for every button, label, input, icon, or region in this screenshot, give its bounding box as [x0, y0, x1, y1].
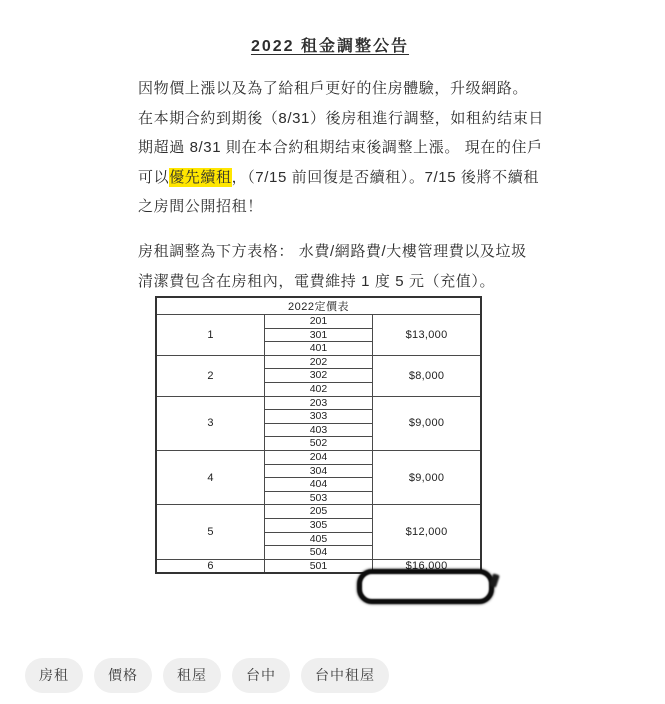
room-number-cell: 503 [264, 491, 372, 505]
group-number-cell: 4 [156, 450, 264, 504]
room-number-cell: 204 [264, 450, 372, 464]
tag-pill[interactable]: 價格 [94, 658, 152, 693]
group-number-cell: 5 [156, 505, 264, 559]
room-number-cell: 502 [264, 437, 372, 451]
price-cell: $9,000 [373, 396, 481, 450]
room-number-cell: 202 [264, 355, 372, 369]
price-cell: $13,000 [373, 315, 481, 356]
room-number-cell: 305 [264, 518, 372, 532]
text-line: 期超過 8/31 則在本合約租期结束後調整上漲。 現在的住戶 [138, 133, 544, 163]
room-number-cell: 401 [264, 342, 372, 356]
room-number-cell: 501 [264, 559, 372, 573]
text-line: 在本期合約到期後（8/31）後房租進行調整，如租約结束日 [138, 104, 544, 134]
text-line: 清潔費包含在房租內，電費維持 1 度 5 元（充值）。 [138, 267, 527, 297]
price-cell: $8,000 [373, 355, 481, 396]
text-line: 之房間公開招租！ [138, 192, 544, 222]
price-cell: $9,000 [373, 450, 481, 504]
table-caption: 2022定價表 [156, 297, 481, 315]
group-number-cell: 1 [156, 315, 264, 356]
document-title: 2022 租金調整公告 [130, 33, 530, 56]
room-number-cell: 504 [264, 546, 372, 560]
room-number-cell: 302 [264, 369, 372, 383]
tag-pill[interactable]: 台中租屋 [301, 658, 389, 693]
price-cell: $12,000 [373, 505, 481, 559]
text-segment: ，（7/15 前回復是否續租）。7/15 後將不續租 [232, 169, 539, 186]
paragraph-intro: 因物價上漲以及為了給租戶更好的住房體驗，升级網路。 在本期合約到期後（8/31）… [138, 74, 544, 222]
text-line: 可以優先續租，（7/15 前回復是否續租）。7/15 後將不續租 [138, 163, 544, 193]
group-number-cell: 2 [156, 355, 264, 396]
room-number-cell: 403 [264, 423, 372, 437]
room-number-cell: 301 [264, 328, 372, 342]
group-number-cell: 3 [156, 396, 264, 450]
pricing-table: 2022定價表 1201$13,0003014012202$8,00030240… [155, 296, 482, 574]
room-number-cell: 303 [264, 410, 372, 424]
tag-list: 房租價格租屋台中台中租屋 [25, 658, 389, 693]
pricing-table-body: 2022定價表 1201$13,0003014012202$8,00030240… [156, 297, 481, 573]
page: 2022 租金調整公告 因物價上漲以及為了給租戶更好的住房體驗，升级網路。 在本… [0, 0, 665, 704]
text-line: 房租調整為下方表格： 水費/網路費/大樓管理費以及垃圾 [138, 237, 527, 267]
room-number-cell: 203 [264, 396, 372, 410]
room-number-cell: 402 [264, 382, 372, 396]
table-row: 2202$8,000 [156, 355, 481, 369]
tag-pill[interactable]: 房租 [25, 658, 83, 693]
table-row: 4204$9,000 [156, 450, 481, 464]
room-number-cell: 405 [264, 532, 372, 546]
text-segment: 可以 [138, 169, 169, 186]
table-row: 1201$13,000 [156, 315, 481, 329]
room-number-cell: 201 [264, 315, 372, 329]
table-row: 5205$12,000 [156, 505, 481, 519]
room-number-cell: 205 [264, 505, 372, 519]
text-line: 因物價上漲以及為了給租戶更好的住房體驗，升级網路。 [138, 74, 544, 104]
redaction-mark [357, 569, 494, 604]
room-number-cell: 304 [264, 464, 372, 478]
table-row: 3203$9,000 [156, 396, 481, 410]
highlighted-text: 優先續租 [169, 168, 231, 187]
group-number-cell: 6 [156, 559, 264, 573]
table-caption-row: 2022定價表 [156, 297, 481, 315]
tag-pill[interactable]: 租屋 [163, 658, 221, 693]
room-number-cell: 404 [264, 478, 372, 492]
tag-pill[interactable]: 台中 [232, 658, 290, 693]
paragraph-pricing-note: 房租調整為下方表格： 水費/網路費/大樓管理費以及垃圾 清潔費包含在房租內，電費… [138, 237, 527, 296]
